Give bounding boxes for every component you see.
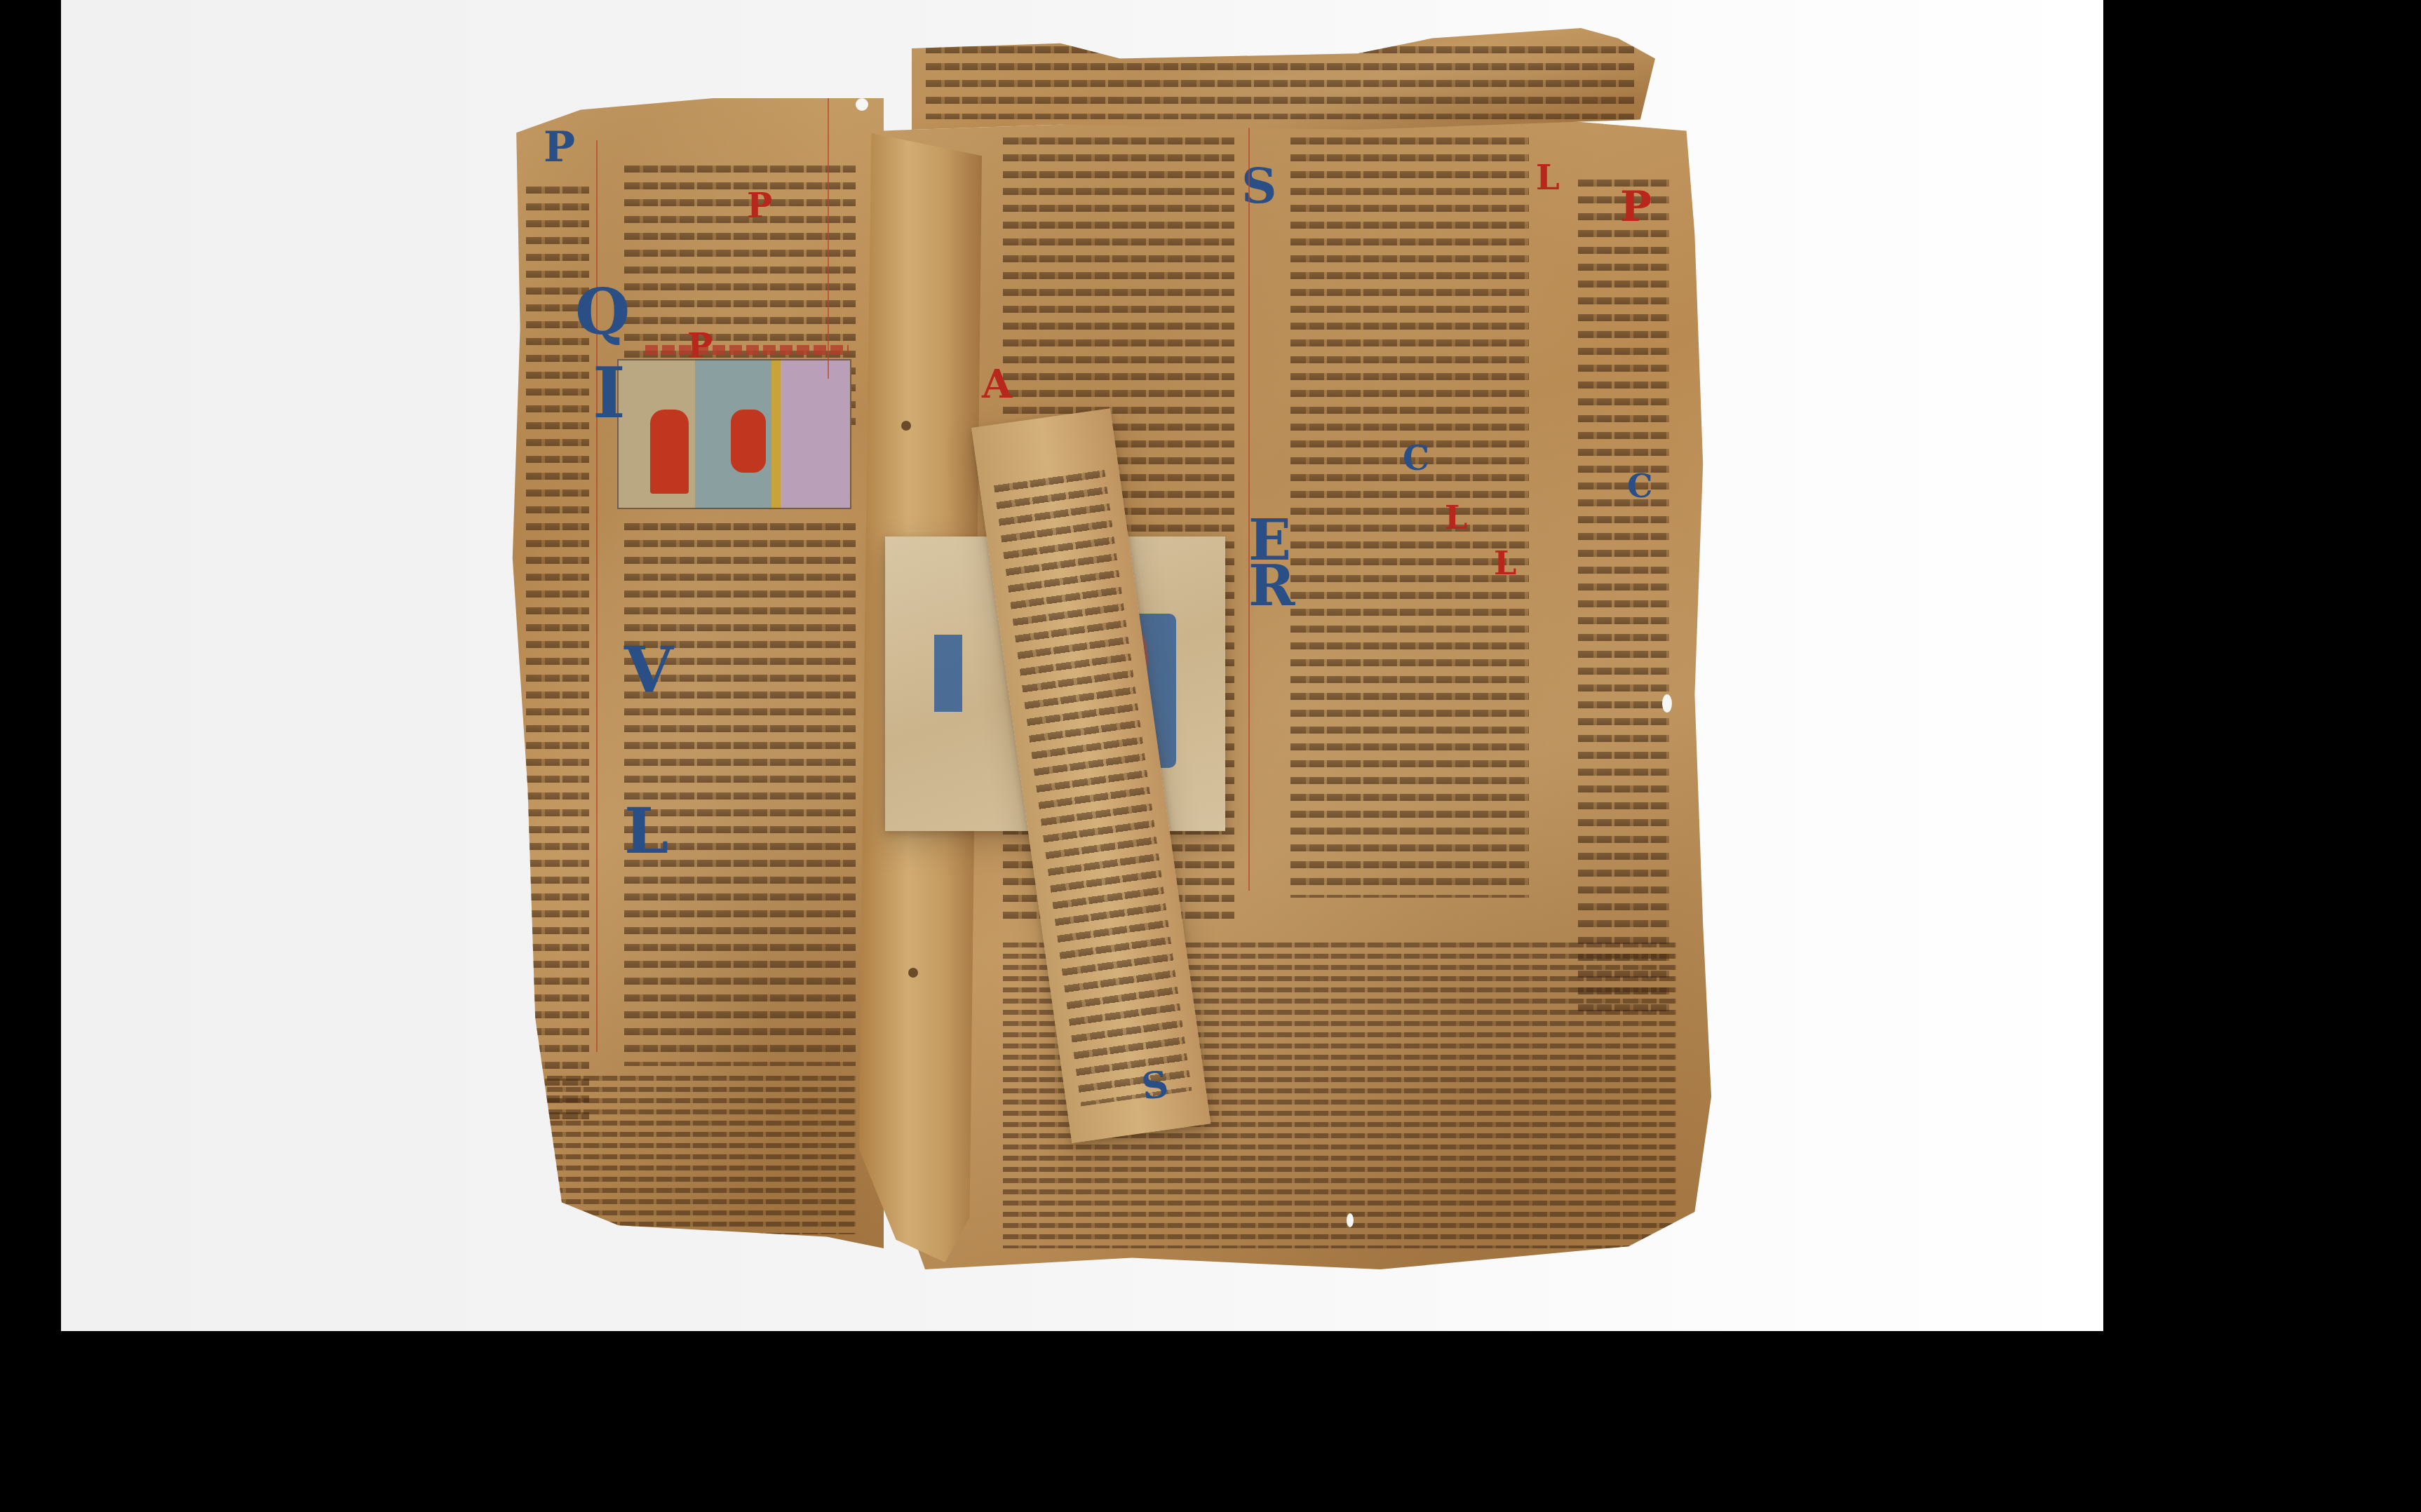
figure-mauve-robe <box>790 389 839 494</box>
right-margin-col <box>1578 175 1669 1017</box>
figure-red-robe-1 <box>650 410 689 494</box>
initial-s-blue: S <box>1241 161 1277 210</box>
initial-s-blue-2: S <box>1140 1066 1171 1106</box>
rubric-heading <box>645 345 849 355</box>
worm-hole <box>856 98 868 111</box>
worm-hole-3 <box>1347 1213 1354 1227</box>
top-strip <box>912 28 1655 130</box>
initial-a-red: A <box>982 365 1012 404</box>
initial-c-blue-2: C <box>1627 470 1653 502</box>
worm-hole-4 <box>901 421 911 431</box>
right-col-2 <box>1290 133 1529 898</box>
left-gloss <box>547 1073 856 1234</box>
worm-hole-5 <box>908 968 918 978</box>
left-leaf: P P Q I P V L <box>505 98 884 1248</box>
initial-l-red-2: L <box>1445 501 1467 534</box>
worm-hole-2 <box>1662 694 1672 713</box>
initial-q-blue: Q <box>575 281 630 344</box>
figure-red-robe-2 <box>731 410 766 473</box>
initial-l-red: L <box>1536 161 1560 195</box>
initial-v-blue: V <box>624 638 673 701</box>
ruling-line-3 <box>1248 119 1250 891</box>
initial-l-red-3: L <box>1494 547 1516 579</box>
miniature-three-figures <box>617 359 851 509</box>
initial-c-blue: C <box>1403 442 1429 475</box>
initial-p-red: P <box>747 189 772 223</box>
left-main-column-lower <box>624 519 856 1066</box>
initial-r-blue: R <box>1248 558 1295 614</box>
initial-l-blue: L <box>624 799 668 863</box>
initial-p-red-2: P <box>687 330 713 363</box>
ruling-line-2 <box>828 98 829 379</box>
initial-p-blue: P <box>544 126 575 168</box>
blue-initial-left <box>934 635 962 712</box>
top-strip-text <box>926 42 1634 119</box>
photo-backdrop: P P Q I P V L S L P A C E R L L C <box>61 0 2103 1331</box>
initial-i-blue: I <box>593 358 626 428</box>
initial-p-red-3: P <box>1620 186 1652 228</box>
